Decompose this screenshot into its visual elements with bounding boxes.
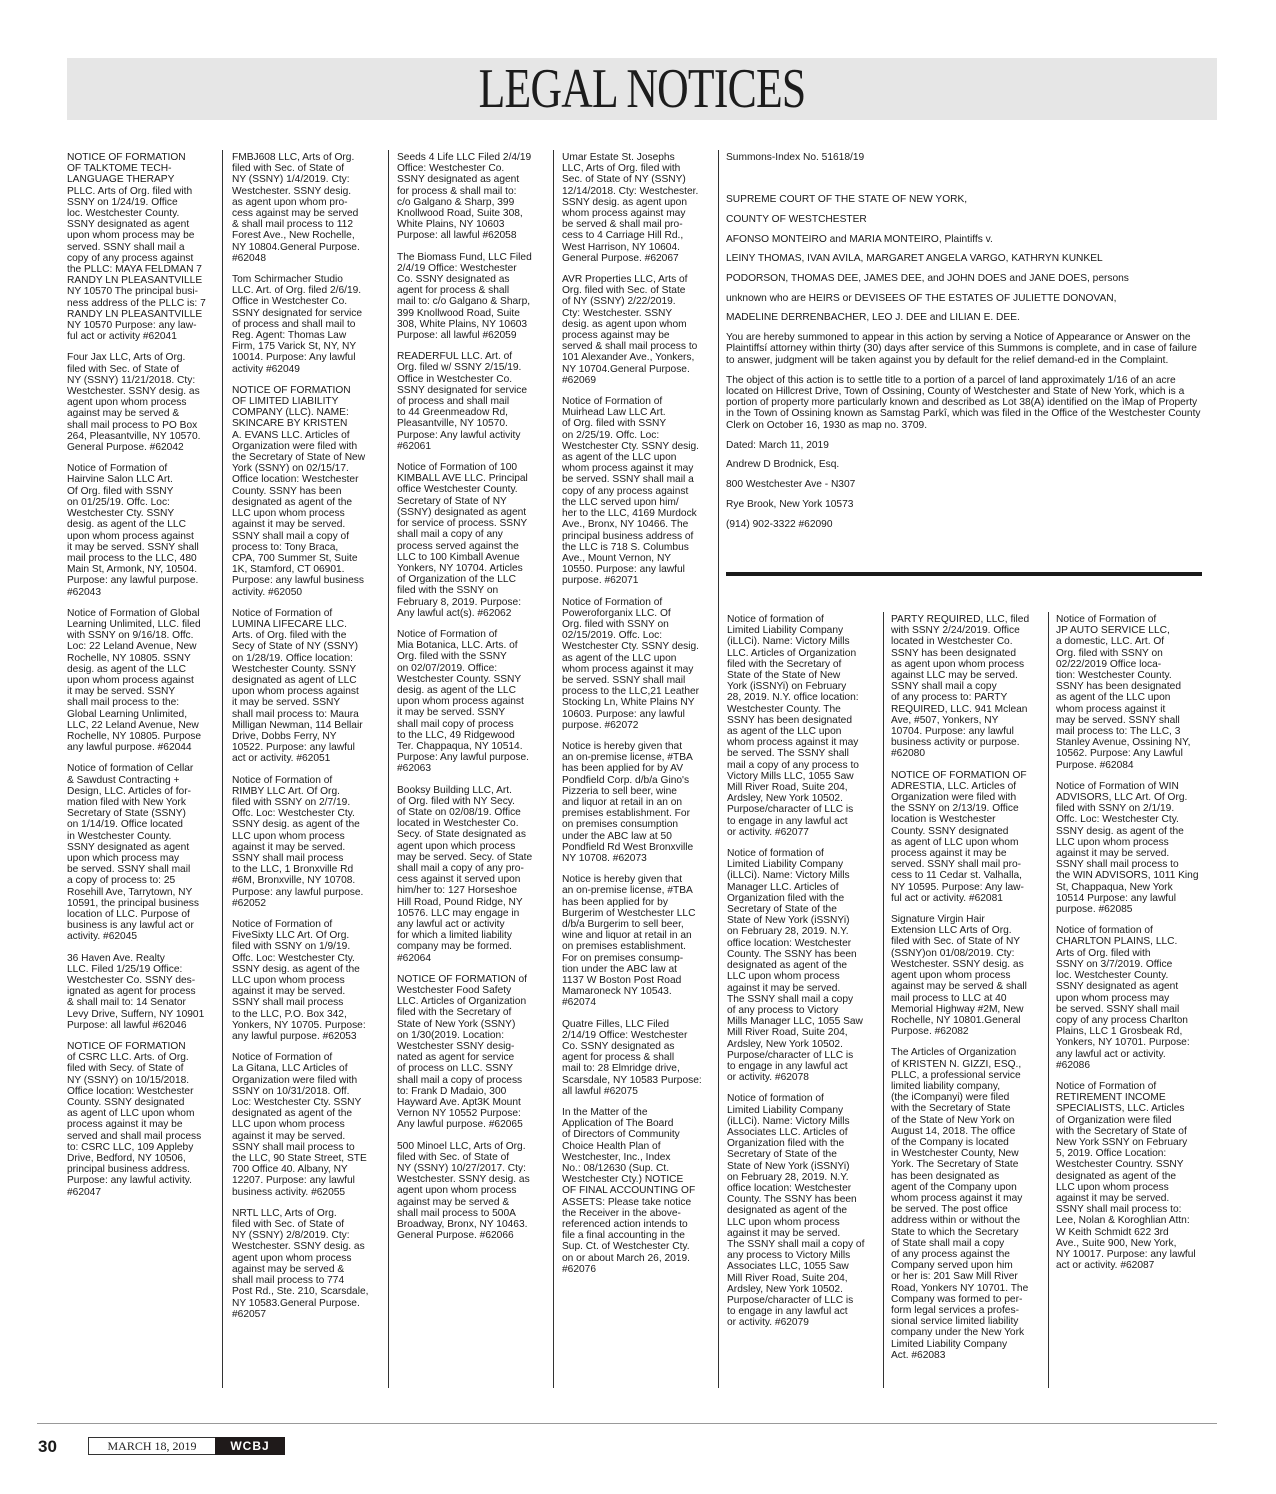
notice: Notice of formation of CHARLTON PLAINS, … [1056, 925, 1216, 1071]
notice: Notice of formation of Limited Liability… [727, 614, 883, 838]
notice-column-6: PARTY REQUIRED, LLC, filed with SSNY 2/2… [891, 614, 1047, 1371]
notice: FMBJ608 LLC, Arts of Org. filed with Sec… [232, 152, 388, 264]
notice: NOTICE OF FORMATION OF LIMITED LIABILITY… [232, 385, 388, 598]
notice: Notice of Formation of Poweroforganix LL… [562, 597, 718, 731]
notice: Notice of Formation of LUMINA LIFECARE L… [232, 608, 388, 765]
notice-column-4: Umar Estate St. Josephs LLC, Arts of Org… [562, 152, 718, 1285]
notice: Notice of Formation of 100 KIMBALL AVE L… [397, 462, 553, 619]
issue-date: MARCH 18, 2019 [88, 1437, 216, 1455]
column-divider [1048, 612, 1049, 1388]
summons-phone: (914) 902-3322 #62090 [726, 519, 1204, 530]
notice: Notice of Formation of Mia Botanica, LLC… [397, 629, 553, 775]
summons-dated: Dated: March 11, 2019 [726, 440, 1204, 451]
notice: The Biomass Fund, LLC Filed 2/4/19 Offic… [397, 252, 553, 342]
notice: NOTICE OF FORMATION OF TALKTOME TECH- LA… [67, 152, 223, 342]
column-divider [388, 150, 389, 1388]
notice: Notice of Formation of JP AUTO SERVICE L… [1056, 614, 1216, 771]
notice: Notice is hereby given that an on-premis… [562, 874, 718, 1008]
summons-index: Summons-Index No. 51618/19 [726, 152, 1204, 163]
notice: Notice of Formation of FiveSixty LLC Art… [232, 919, 388, 1042]
summons-defendants: PODORSON, THOMAS DEE, JAMES DEE, and JOH… [726, 273, 1204, 284]
notice: AVR Properties LLC, Arts of Org. filed w… [562, 274, 718, 386]
summons-address: 800 Westchester Ave - N307 [726, 479, 1204, 490]
notice-column-2: FMBJ608 LLC, Arts of Org. filed with Sec… [232, 152, 388, 1330]
notice: Quatre Filles, LLC Filed 2/14/19 Office:… [562, 1019, 718, 1097]
column-divider [718, 150, 719, 1388]
summons-address: Rye Brook, New York 10573 [726, 499, 1204, 510]
notice-column-5: Notice of formation of Limited Liability… [727, 614, 883, 1339]
page-number: 30 [38, 1437, 57, 1457]
summons-defendants: MADELINE DERRENBACHER, LEO J. DEE and LI… [726, 312, 1204, 323]
notice: 500 Minoel LLC, Arts of Org. filed with … [397, 1141, 553, 1242]
summons-attorney: Andrew D Brodnick, Esq. [726, 459, 1204, 470]
notice: Notice of formation of Limited Liability… [727, 1093, 883, 1328]
header-band: LEGAL NOTICES [67, 58, 1217, 120]
section-divider [726, 572, 1202, 576]
notice: Notice of Formation of WIN ADVISORS, LLC… [1056, 781, 1216, 915]
footer-divider [37, 1423, 1217, 1424]
notice: Booksy Building LLC, Art. of Org. filed … [397, 785, 553, 964]
notice: In the Matter of the Application of The … [562, 1107, 718, 1275]
notice-column-1: NOTICE OF FORMATION OF TALKTOME TECH- LA… [67, 152, 223, 1208]
notice: PARTY REQUIRED, LLC, filed with SSNY 2/2… [891, 614, 1047, 760]
notice: The Articles of Organization of KRISTEN … [891, 1047, 1047, 1361]
notice: Notice of Formation of RETIREMENT INCOME… [1056, 1081, 1216, 1271]
notice: Umar Estate St. Josephs LLC, Arts of Org… [562, 152, 718, 264]
summons-defendants: unknown who are HEIRS or DEVISEES OF THE… [726, 293, 1204, 304]
notice: Notice of formation of Limited Liability… [727, 848, 883, 1083]
summons-notice: Summons-Index No. 51618/19 SUPREME COURT… [726, 152, 1204, 538]
notice: NRTL LLC, Arts of Org. filed with Sec. o… [232, 1208, 388, 1320]
notice: 36 Haven Ave. Realty LLC. Filed 1/25/19 … [67, 953, 223, 1031]
column-divider [883, 612, 884, 1388]
summons-plaintiffs: AFONSO MONTEIRO and MARIA MONTEIRO, Plai… [726, 234, 1204, 245]
notice: NOTICE OF FORMATION of CSRC LLC. Arts. o… [67, 1041, 223, 1198]
notice: Notice of Formation of Global Learning U… [67, 608, 223, 754]
publication-badge: WCBJ [215, 1437, 285, 1455]
notice-column-7: Notice of Formation of JP AUTO SERVICE L… [1056, 614, 1216, 1281]
summons-county: COUNTY OF WESTCHESTER [726, 214, 1204, 225]
summons-court: SUPREME COURT OF THE STATE OF NEW YORK, [726, 194, 1204, 205]
notice: NOTICE OF FORMATION of Westchester Food … [397, 974, 553, 1131]
column-divider [222, 150, 223, 1388]
notice: Notice of Formation of RIMBY LLC Art. Of… [232, 775, 388, 909]
notice: Tom Schirmacher Studio LLC. Art. of Org.… [232, 274, 388, 375]
notice: Notice of Formation of La Gitana, LLC Ar… [232, 1052, 388, 1198]
notice-column-3: Seeds 4 Life LLC Filed 2/4/19 Office: We… [397, 152, 553, 1251]
notice: Notice of Formation of Muirhead Law LLC … [562, 396, 718, 586]
notice: Four Jax LLC, Arts of Org. filed with Se… [67, 352, 223, 453]
page-title: LEGAL NOTICES [194, 58, 1091, 120]
summons-paragraph: You are hereby summoned to appear in thi… [726, 332, 1204, 366]
summons-defendants: LEINY THOMAS, IVAN AVILA, MARGARET ANGEL… [726, 253, 1204, 264]
summons-paragraph: The object of this action is to settle t… [726, 375, 1204, 431]
notice: Notice of formation of Cellar & Sawdust … [67, 763, 223, 942]
column-divider [553, 150, 554, 1388]
notice: NOTICE OF FORMATION OF ADRESTIA, LLC. Ar… [891, 770, 1047, 904]
notice: Notice is hereby given that an on-premis… [562, 741, 718, 864]
notice: READERFUL LLC. Art. of Org. filed w/ SSN… [397, 351, 553, 452]
notice: Seeds 4 Life LLC Filed 2/4/19 Office: We… [397, 152, 553, 242]
notice: Signature Virgin Hair Extension LLC Arts… [891, 914, 1047, 1037]
notice: Notice of Formation of Hairvine Salon LL… [67, 463, 223, 597]
